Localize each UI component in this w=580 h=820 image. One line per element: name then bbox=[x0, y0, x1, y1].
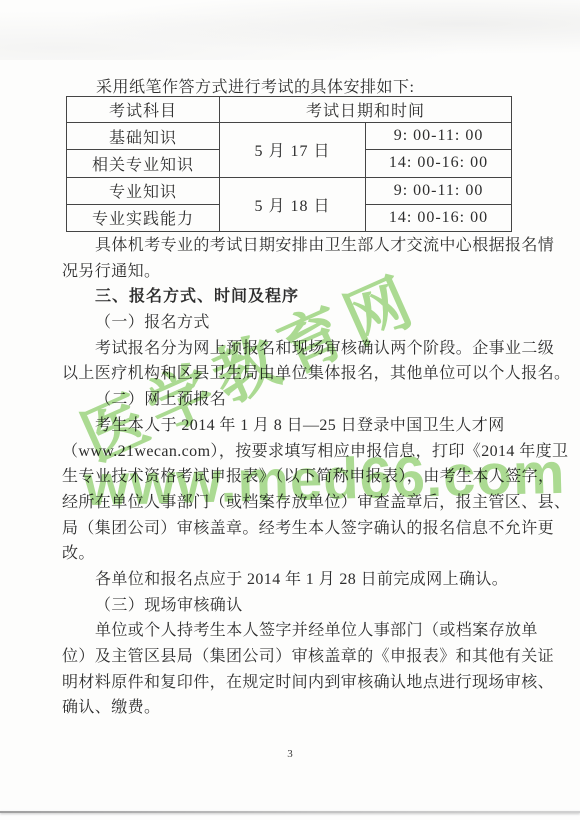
subsection-heading: （一）报名方式 bbox=[62, 310, 520, 336]
text-line: 考试报名分为网上预报名和现场审核确认两个阶段。企事业二级 bbox=[62, 336, 520, 362]
text-line: 单位或个人持考生本人签字并经单位人事部门（或档案存放单 bbox=[62, 618, 520, 644]
scan-edge-line bbox=[0, 811, 580, 813]
table-cell-subject: 专业知识 bbox=[67, 177, 220, 204]
intro-line: 采用纸笔作答方式进行考试的具体安排如下: bbox=[96, 74, 414, 97]
table-cell-subject: 基础知识 bbox=[67, 123, 220, 150]
text-line: 考生本人于 2014 年 1 月 8 日—25 日登录中国卫生人才网 bbox=[62, 413, 520, 439]
text-line: 局（集团公司）审核盖章。经考生本人签字确认的报名信息不允许更 bbox=[62, 516, 520, 542]
subsection-heading: （三）现场审核确认 bbox=[62, 593, 520, 619]
text-line: 具体机考专业的考试日期安排由卫生部人才交流中心根据报名情 bbox=[62, 233, 520, 259]
exam-schedule-table: 考试科目 考试日期和时间 基础知识 5 月 17 日 9: 00-11: 00 … bbox=[66, 96, 512, 232]
text-line: 明材料原件和复印件，在规定时间内到审核确认地点进行现场审核、 bbox=[62, 670, 520, 696]
table-cell-time: 9: 00-11: 00 bbox=[366, 177, 512, 204]
table-header-subject: 考试科目 bbox=[67, 97, 220, 123]
table-cell-time: 14: 00-16: 00 bbox=[366, 150, 512, 177]
text-line: （www.21wecan.com），按要求填写相应申报信息，打印《2014 年度… bbox=[62, 439, 520, 465]
text-line: 以上医疗机构和区县卫生局由单位集体报名，其他单位可以个人报名。 bbox=[62, 361, 520, 387]
table-header-datetime: 考试日期和时间 bbox=[220, 97, 512, 123]
section-heading: 三、报名方式、时间及程序 bbox=[62, 284, 520, 310]
table-cell-subject: 专业实践能力 bbox=[67, 204, 220, 231]
subsection-heading: （二）网上预报名 bbox=[62, 387, 520, 413]
body-text: 具体机考专业的考试日期安排由卫生部人才交流中心根据报名情 况另行通知。 三、报名… bbox=[62, 233, 520, 721]
text-line: 生专业技术资格考试申报表》（以下简称申报表），由考生本人签字， bbox=[62, 464, 520, 490]
text-line: 位）及主管区县局（集团公司）审核盖章的《申报表》和其他有关证 bbox=[62, 644, 520, 670]
text-line: 各单位和报名点应于 2014 年 1 月 28 日前完成网上确认。 bbox=[62, 567, 520, 593]
text-line: 况另行通知。 bbox=[62, 259, 520, 285]
scanned-document-page: 采用纸笔作答方式进行考试的具体安排如下: 考试科目 考试日期和时间 基础知识 5… bbox=[0, 0, 580, 820]
text-line: 确认、缴费。 bbox=[62, 695, 520, 721]
table-cell-time: 9: 00-11: 00 bbox=[366, 123, 512, 150]
table-cell-date: 5 月 17 日 bbox=[220, 123, 366, 177]
page-number: 3 bbox=[0, 748, 580, 760]
table-cell-time: 14: 00-16: 00 bbox=[366, 204, 512, 231]
scan-smudge bbox=[0, 0, 580, 60]
text-line: 经所在单位人事部门（或档案存放单位）审查盖章后，报主管区、县、 bbox=[62, 490, 520, 516]
text-line: 改。 bbox=[62, 541, 520, 567]
table-cell-subject: 相关专业知识 bbox=[67, 150, 220, 177]
table-cell-date: 5 月 18 日 bbox=[220, 177, 366, 231]
